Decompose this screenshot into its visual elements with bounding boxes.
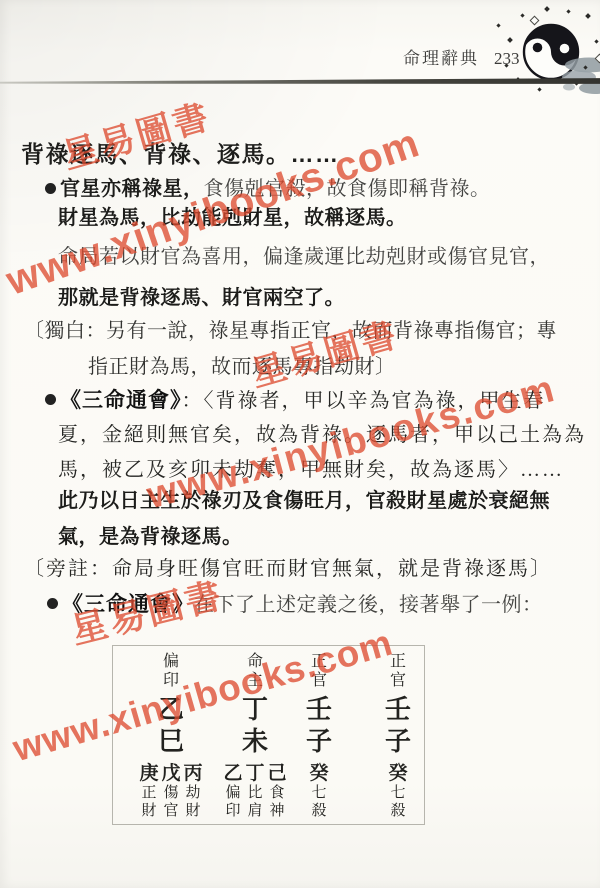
text-segment: 氣，是為背祿逐馬。 bbox=[58, 526, 243, 548]
sparkle-icon bbox=[544, 6, 550, 12]
hidden-stem: 乙 bbox=[223, 763, 242, 784]
hidden-god: 偏印 bbox=[225, 784, 240, 820]
pillar-branch: 子 bbox=[385, 727, 411, 756]
text-segment: 〔旁註：命局身旺傷官旺而財官無氣，就是背祿逐馬〕 bbox=[24, 558, 552, 580]
pillar-branch: 未 bbox=[242, 727, 268, 756]
header-rule bbox=[0, 78, 600, 84]
text-segment: 此乃以日主生於祿刃及食傷旺月，官殺財星處於衰絕無 bbox=[58, 490, 550, 512]
hidden-stem-column: 癸七殺 bbox=[388, 763, 407, 820]
hidden-stem: 癸 bbox=[309, 763, 328, 784]
text-segment: 那就是背祿逐馬、財官兩空了。 bbox=[58, 287, 345, 309]
hidden-stem: 戊 bbox=[161, 763, 180, 784]
hidden-god: 正財 bbox=[141, 784, 156, 820]
text-line: 那就是背祿逐馬、財官兩空了。 bbox=[58, 286, 345, 310]
hidden-stem: 癸 bbox=[388, 763, 407, 784]
hidden-stem: 己 bbox=[268, 763, 287, 784]
hidden-god: 七殺 bbox=[390, 784, 405, 820]
pillar-stem: 丁 bbox=[242, 695, 268, 724]
text-segment: 食傷剋官殺，故食傷即稱背祿。 bbox=[204, 178, 491, 200]
pillar-label: 偏印 bbox=[163, 652, 179, 690]
hidden-stem-column: 己食神 bbox=[268, 763, 287, 820]
hidden-stems-row: 癸七殺 bbox=[309, 763, 328, 820]
hidden-stems-row: 庚正財戊傷官丙劫財 bbox=[139, 763, 202, 820]
text-line: 〔旁註：命局身旺傷官旺而財官無氣，就是背祿逐馬〕 bbox=[24, 557, 552, 581]
text-segment: 官星亦稱祿星， bbox=[60, 178, 204, 200]
hidden-god: 傷官 bbox=[163, 784, 178, 820]
hidden-stem-column: 丁比肩 bbox=[245, 763, 264, 820]
pillar-column: 正官壬子癸七殺 bbox=[287, 652, 351, 820]
hidden-god: 劫財 bbox=[186, 784, 201, 820]
text-line: 命局若以財官為喜用，偏逢歲運比劫剋財或傷官見官， bbox=[58, 245, 550, 269]
entry-title: 背祿逐馬、背祿、逐馬。…… bbox=[21, 136, 340, 169]
pillar-label: 命主 bbox=[247, 652, 263, 690]
text-line: 指正財為馬，故而逐馬專指劫財〕 bbox=[88, 355, 396, 379]
pillar-stem: 壬 bbox=[385, 695, 411, 724]
text-line: 《三命通會》在下了上述定義之後，接著舉了一例： bbox=[62, 592, 543, 617]
hidden-stem-column: 庚正財 bbox=[139, 763, 158, 820]
pillar-column: 命主丁未乙偏印丁比肩己食神 bbox=[211, 652, 299, 820]
text-segment: 《三命通會》 bbox=[60, 388, 182, 412]
text-line: 氣，是為背祿逐馬。 bbox=[58, 525, 243, 549]
hidden-stem-column: 乙偏印 bbox=[223, 763, 242, 820]
book-page: 命理辭典 233 背祿逐馬、背祿、逐馬。…… 官星亦稱祿星，食傷剋官殺，故食傷即… bbox=[0, 0, 600, 888]
bullet-icon bbox=[45, 394, 56, 405]
pillar-stem: 乙 bbox=[158, 695, 184, 724]
text-line: 〔獨白：另有一說，祿星專指正官，故而背祿專指傷官；專 bbox=[24, 319, 557, 343]
text-segment: 夏，金絕則無官矣，故為背祿。逐馬者，甲以己土為為 bbox=[58, 424, 586, 446]
hidden-stems-row: 癸七殺 bbox=[388, 763, 407, 820]
pillar-branch: 子 bbox=[306, 727, 332, 756]
hidden-stem: 丁 bbox=[245, 763, 264, 784]
hidden-stem: 庚 bbox=[139, 763, 158, 784]
text-segment: 在下了上述定義之後，接著舉了一例： bbox=[194, 594, 543, 616]
text-segment: 《三命通會》 bbox=[62, 592, 194, 616]
text-line: 夏，金絕則無官矣，故為背祿。逐馬者，甲以己土為為 bbox=[58, 423, 586, 447]
text-segment: 命局若以財官為喜用，偏逢歲運比劫剋財或傷官見官， bbox=[58, 246, 550, 268]
text-line: 官星亦稱祿星，食傷剋官殺，故食傷即稱背祿。 bbox=[60, 177, 491, 201]
text-segment: 指正財為馬，故而逐馬專指劫財〕 bbox=[88, 356, 396, 378]
sparkle-icon bbox=[507, 37, 513, 43]
hidden-god: 七殺 bbox=[311, 784, 326, 820]
sparkle-icon bbox=[585, 13, 591, 19]
sparkle-icon bbox=[520, 13, 524, 17]
hidden-stem: 丙 bbox=[184, 763, 203, 784]
hidden-god: 食神 bbox=[270, 784, 285, 820]
sparkle-icon bbox=[566, 9, 570, 13]
pillar-stem: 壬 bbox=[306, 695, 332, 724]
sparkle-icon bbox=[594, 39, 598, 43]
sparkle-icon bbox=[537, 87, 541, 91]
text-segment: ：〈背祿者，甲以辛為官為祿，甲生春 bbox=[182, 390, 546, 412]
text-line: 此乃以日主生於祿刃及食傷旺月，官殺財星處於衰絕無 bbox=[58, 489, 550, 513]
bullet-icon bbox=[45, 183, 56, 194]
hidden-stem-column: 丙劫財 bbox=[184, 763, 203, 820]
text-line: 財星為馬，比劫能剋財星，故稱逐馬。 bbox=[58, 206, 407, 230]
bazi-table: 偏印乙巳庚正財戊傷官丙劫財命主丁未乙偏印丁比肩己食神正官壬子癸七殺正官壬子癸七殺 bbox=[112, 645, 425, 825]
hidden-stems-row: 乙偏印丁比肩己食神 bbox=[223, 763, 286, 820]
bullet-icon bbox=[47, 598, 58, 609]
sparkle-icon bbox=[496, 23, 500, 27]
pillar-branch: 巳 bbox=[158, 727, 184, 756]
pillar-column: 正官壬子癸七殺 bbox=[367, 652, 429, 820]
text-line: 馬，被乙及亥卯未劫奪，甲無財矣，故為逐馬〉…… bbox=[58, 458, 564, 482]
page-header: 命理辭典 233 bbox=[403, 44, 520, 69]
text-line: 《三命通會》：〈背祿者，甲以辛為官為祿，甲生春 bbox=[60, 388, 546, 413]
pillar-column: 偏印乙巳庚正財戊傷官丙劫財 bbox=[125, 652, 217, 820]
hidden-stem-column: 癸七殺 bbox=[309, 763, 328, 820]
text-segment: 馬，被乙及亥卯未劫奪，甲無財矣，故為逐馬〉…… bbox=[58, 459, 564, 481]
book-title: 命理辭典 bbox=[403, 44, 479, 69]
text-segment: 〔獨白：另有一說，祿星專指正官，故而背祿專指傷官；專 bbox=[24, 320, 557, 342]
hidden-god: 比肩 bbox=[247, 784, 262, 820]
text-segment: 財星為馬，比劫能剋財星，故稱逐馬。 bbox=[58, 207, 407, 229]
hidden-stem-column: 戊傷官 bbox=[161, 763, 180, 820]
pillar-label: 正官 bbox=[311, 652, 327, 690]
pillar-label: 正官 bbox=[390, 652, 406, 690]
